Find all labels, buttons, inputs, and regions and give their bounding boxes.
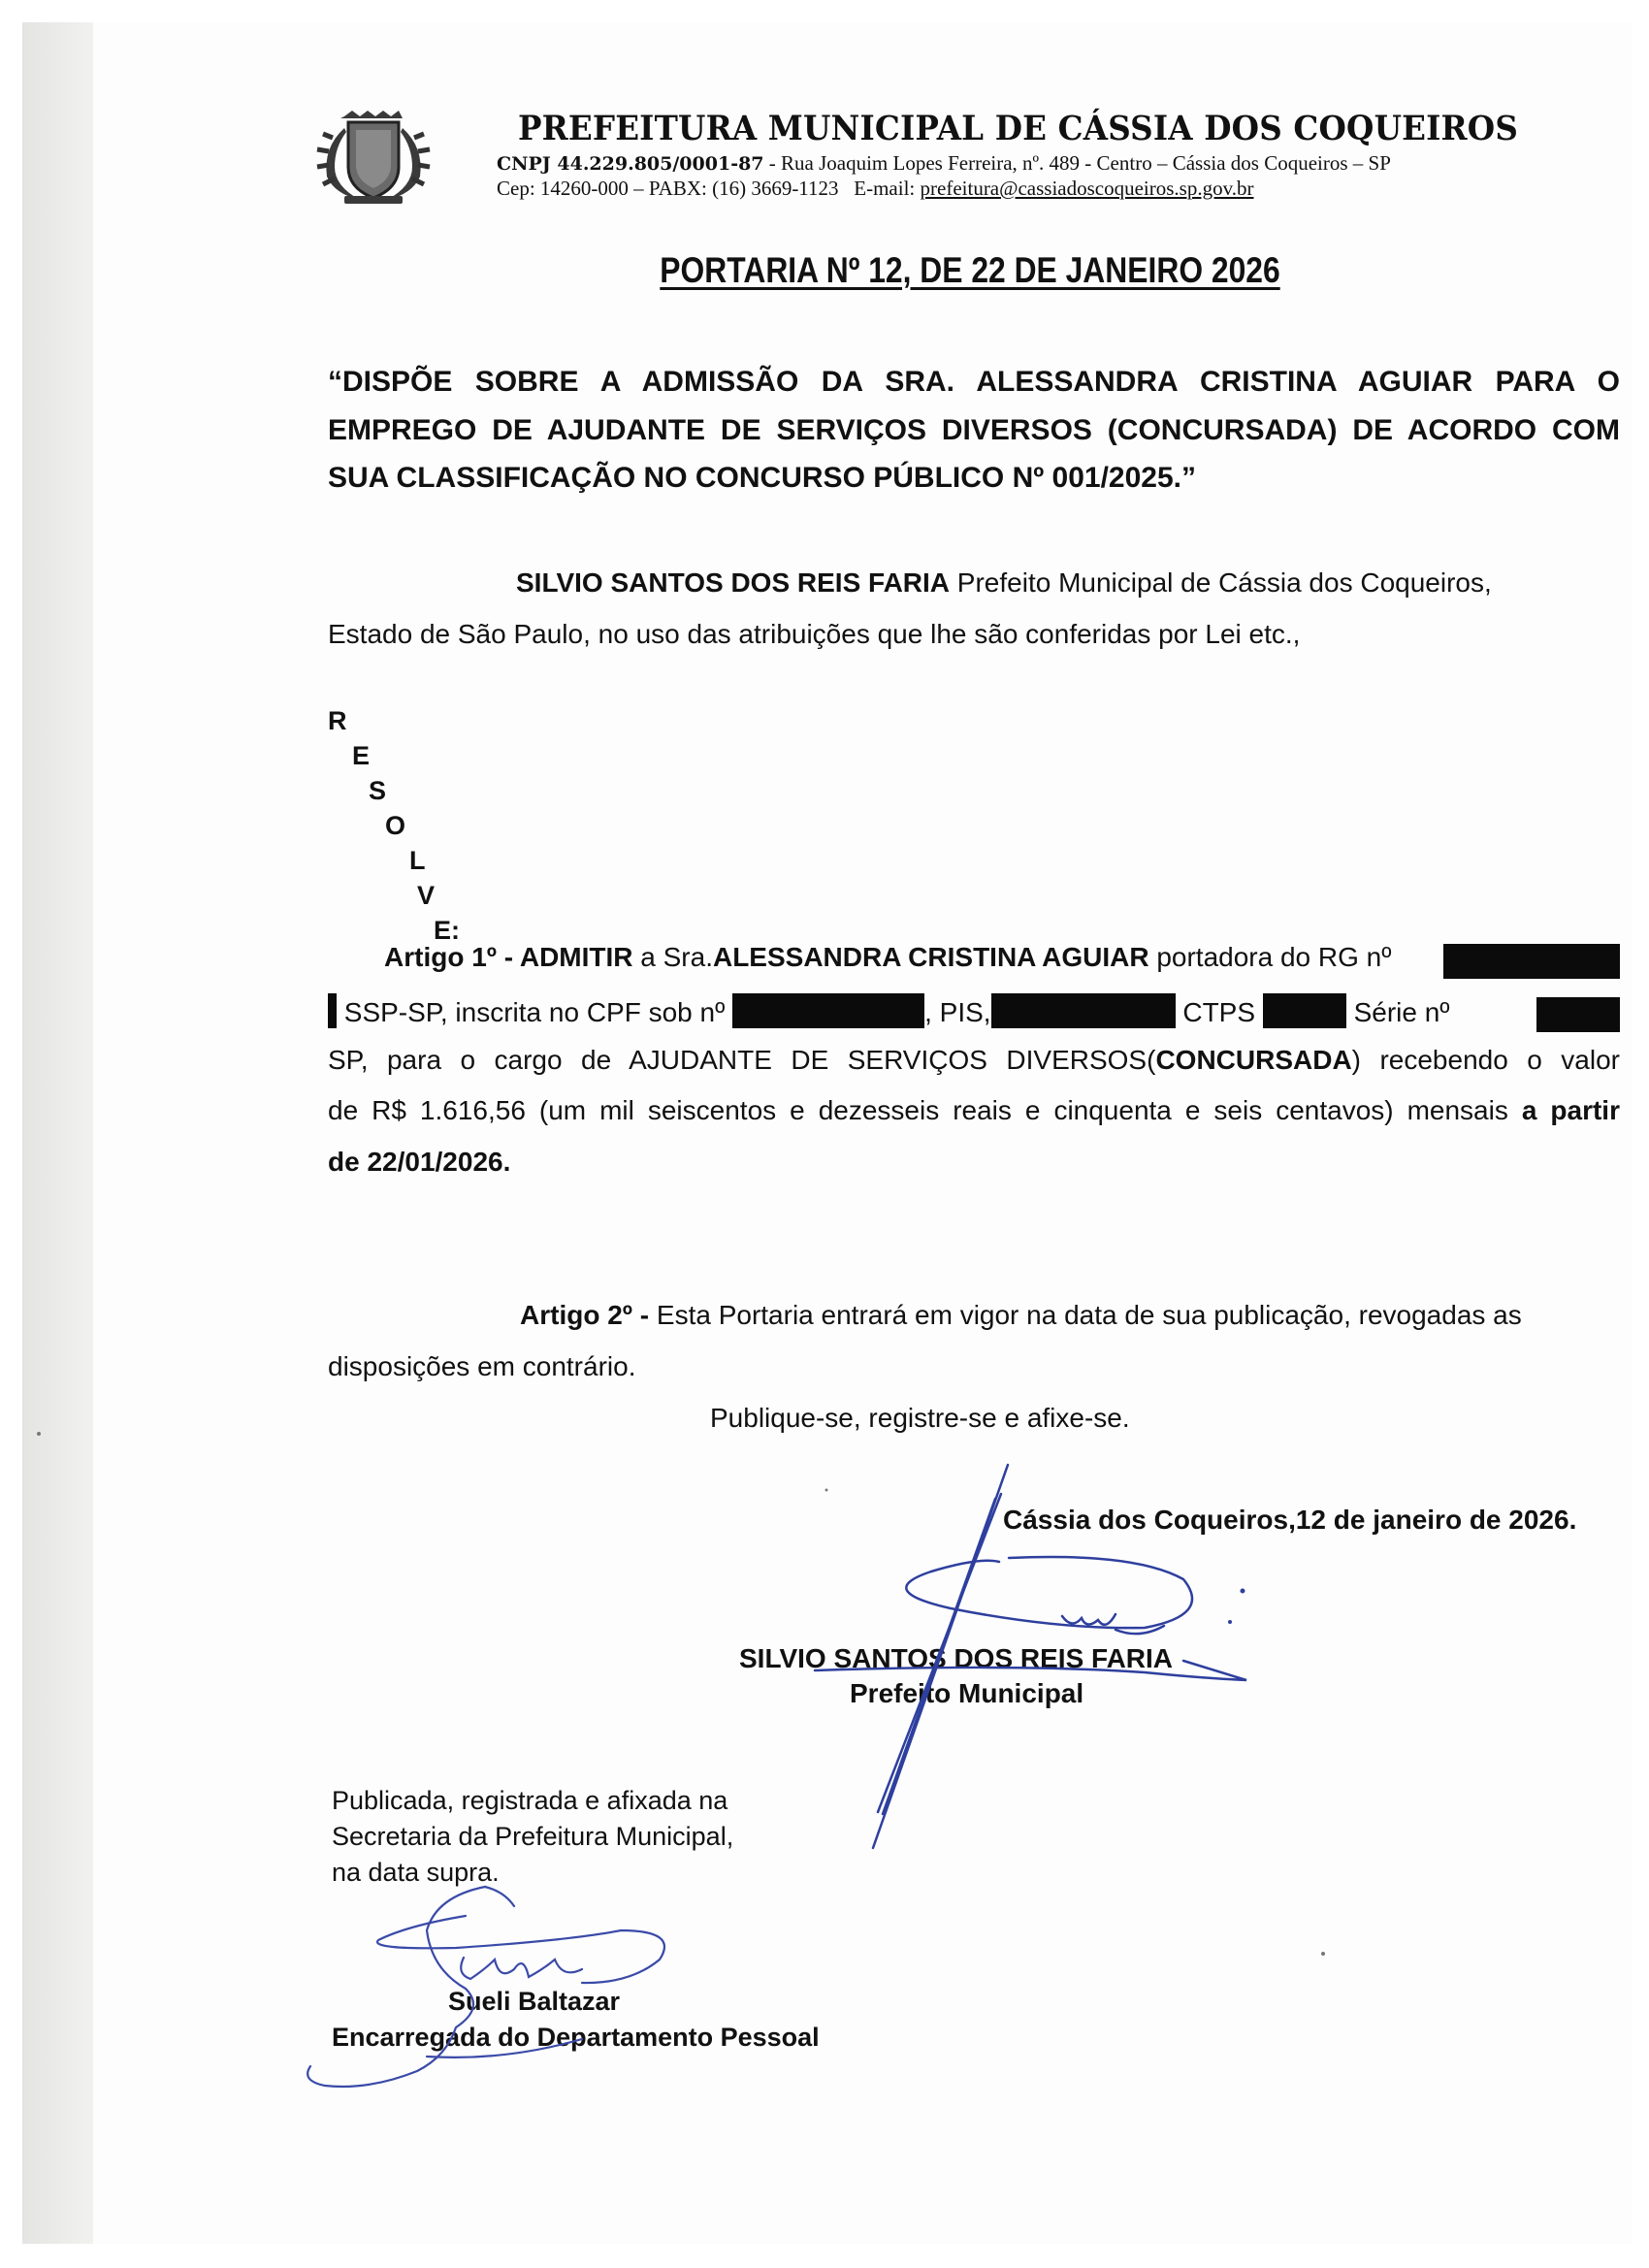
ementa-line: EMPREGO DE AJUDANTE DE SERVIÇOS DIVERSOS… [328,414,1620,447]
concursada-label: CONCURSADA [1155,1045,1351,1075]
resolve-letter: O [385,811,405,841]
artigo1-text: SP, para o cargo de AJUDANTE DE SERVIÇOS… [328,1045,1155,1075]
redacted-rg [1443,944,1620,979]
contact: Cep: 14260-000 – PABX: (16) 3669-1123 E-… [497,177,921,200]
preamble-text: Prefeito Municipal de Cássia dos Coqueir… [950,567,1492,598]
artigo2-line1: Artigo 2º - Esta Portaria entrará em vig… [520,1300,1522,1331]
redacted-pis [991,993,1176,1028]
signatory-name: SILVIO SANTOS DOS REIS FARIA [739,1643,1173,1674]
second-signatory-role: Encarregada do Departamento Pessoal [332,2023,820,2053]
artigo1-text: , PIS, [924,997,990,1027]
artigo1-label: Artigo 1º - ADMITIR [384,942,633,972]
redacted-ctps [1263,993,1346,1028]
place-date: Cássia dos Coqueiros,12 de janeiro de 20… [1003,1505,1576,1536]
address: - Rua Joaquim Lopes Ferreira, nº. 489 - … [764,151,1391,175]
resolve-letter: L [409,846,426,876]
artigo1-line4: de R$ 1.616,56 (um mil seiscentos e deze… [328,1095,1620,1126]
artigo1-line1: Artigo 1º - ADMITIR a Sra.ALESSANDRA CRI… [384,942,1620,973]
artigo1-text: CTPS [1176,997,1263,1027]
artigo1-text: portadora do RG nº [1149,942,1392,972]
ementa-line: “DISPÕE SOBRE A ADMISSÃO DA SRA. ALESSAN… [328,366,1620,399]
artigo2-line2: disposições em contrário. [328,1351,635,1382]
appointee-name: ALESSANDRA CRISTINA AGUIAR [713,942,1149,972]
preamble-line: SILVIO SANTOS DOS REIS FARIA Prefeito Mu… [516,567,1492,599]
mayor-name: SILVIO SANTOS DOS REIS FARIA [516,567,950,598]
redacted-rg-end [328,993,337,1028]
salary-text: de R$ 1.616,56 (um mil seiscentos e deze… [328,1095,1522,1125]
publication-note-line: Publicada, registrada e afixada na [332,1786,727,1816]
publication-note-line: na data supra. [332,1858,500,1888]
artigo1-text: Série nº [1346,997,1458,1027]
resolve-letter: R [328,706,347,736]
second-signatory-name: Sueli Baltazar [448,1987,620,2017]
artigo2-text: Esta Portaria entrará em vigor na data d… [649,1300,1522,1330]
publication-note-line: Secretaria da Prefeitura Municipal, [332,1822,733,1852]
cnpj: CNPJ 44.229.805/0001-87 [497,153,764,175]
artigo1-line2: SSP-SP, inscrita no CPF sob nº , PIS, CT… [328,993,1457,1028]
artigo1-text: SSP-SP, inscrita no CPF sob nº [337,997,732,1027]
start-label: a partir [1522,1095,1620,1125]
document-title: PORTARIA Nº 12, DE 22 DE JANEIRO 2026 [136,250,1649,291]
artigo1-text: ) recebendo o valor [1352,1045,1620,1075]
coat-of-arms-icon [306,109,441,206]
letterhead-contact-line: Cep: 14260-000 – PABX: (16) 3669-1123 E-… [497,177,1253,201]
artigo1-text: a Sra. [633,942,713,972]
scanned-page [22,22,1633,2244]
letterhead-title: PREFEITURA MUNICIPAL DE CÁSSIA DOS COQUE… [518,109,1518,148]
start-date: de 22/01/2026. [328,1147,510,1178]
email-link[interactable]: prefeitura@cassiadoscoqueiros.sp.gov.br [921,177,1254,200]
signatory-role: Prefeito Municipal [850,1678,1083,1709]
publique-line: Publique-se, registre-se e afixe-se. [710,1403,1130,1434]
preamble-line: Estado de São Paulo, no uso das atribuiç… [328,619,1300,650]
artigo1-line3: SP, para o cargo de AJUDANTE DE SERVIÇOS… [328,1045,1620,1076]
redacted-cpf [732,993,924,1028]
letterhead-address-line: CNPJ 44.229.805/0001-87 - Rua Joaquim Lo… [497,151,1391,176]
redacted-serie [1536,997,1620,1032]
ementa-line: SUA CLASSIFICAÇÃO NO CONCURSO PÚBLICO Nº… [328,462,1620,495]
resolve-letter: S [369,776,386,806]
resolve-letter: E [352,741,370,771]
scan-edge-shadow [22,22,93,2244]
artigo2-label: Artigo 2º - [520,1300,649,1330]
resolve-letter: V [417,881,435,911]
